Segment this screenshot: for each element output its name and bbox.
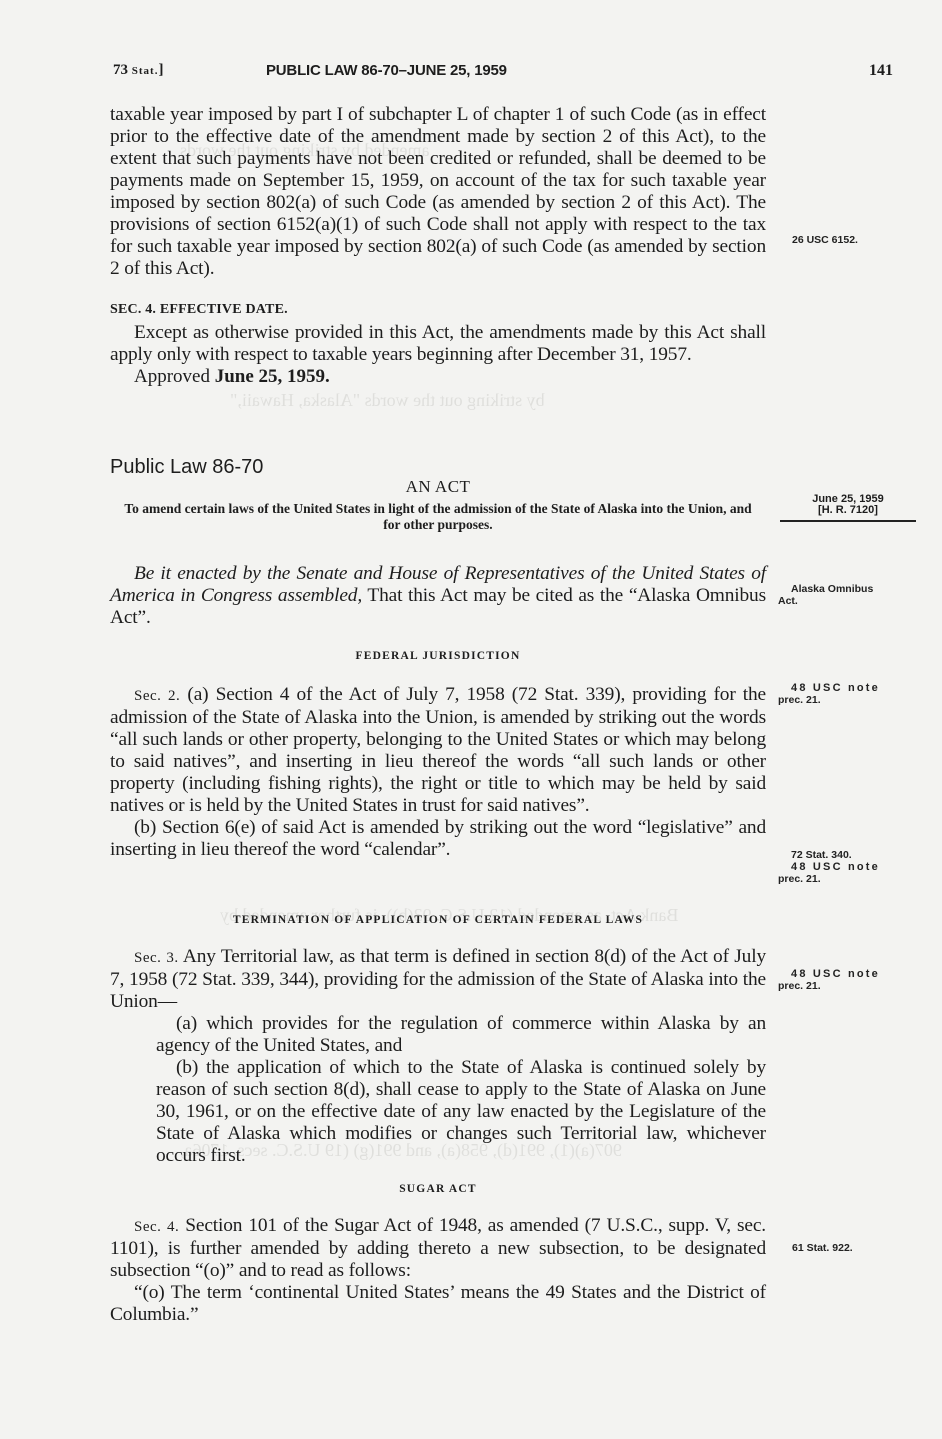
approval-line: Approved June 25, 1959.	[110, 366, 766, 388]
bill-number: [H. R. 7120]	[780, 505, 916, 516]
margin-note-48-usc: 48 USC note prec. 21.	[778, 682, 880, 706]
sec-4-quote: “(o) The term ‘continental United States…	[110, 1282, 766, 1326]
sec-4-paragraph: Sec. 4. Section 101 of the Sugar Act of …	[110, 1215, 766, 1282]
public-law-header: Public Law 86-70 AN ACT To amend certain…	[110, 456, 766, 533]
sec-2-paragraph-a: Sec. 2. (a) Section 4 of the Act of July…	[110, 684, 766, 817]
page-number: 141	[869, 62, 893, 80]
margin-note-72-stat: 72 Stat. 340. 48 USC note prec. 21.	[778, 849, 880, 885]
public-law-title: Public Law 86-70	[110, 456, 766, 479]
bleed-through-text: by striking out the words "Alaska, Hawai…	[230, 390, 545, 411]
margin-note-short-title: Alaska Omnibus Act.	[778, 583, 873, 607]
volume-reference: 73 Stat.]	[113, 62, 163, 79]
continuation-paragraph: taxable year imposed by part I of subcha…	[110, 104, 766, 280]
running-head: 73 Stat.] PUBLIC LAW 86-70–JUNE 25, 1959…	[113, 62, 893, 84]
termination-section: TERMINATION OF APPLICATION OF CERTAIN FE…	[110, 914, 766, 1167]
margin-note-26-usc: 26 USC 6152.	[792, 234, 858, 246]
running-head-title: PUBLIC LAW 86-70–JUNE 25, 1959	[266, 62, 507, 79]
effective-date-paragraph: Except as otherwise provided in this Act…	[110, 322, 766, 366]
margin-note-61-stat: 61 Stat. 922.	[792, 1242, 853, 1254]
federal-jurisdiction-section: FEDERAL JURISDICTION Sec. 2. (a) Section…	[110, 650, 766, 861]
act-heading: AN ACT	[110, 477, 766, 497]
act-purpose: To amend certain laws of the United Stat…	[110, 501, 766, 533]
sugar-act-section: SUGAR ACT Sec. 4. Section 101 of the Sug…	[110, 1183, 766, 1326]
bill-margin-note: June 25, 1959 [H. R. 7120]	[780, 494, 916, 522]
section-heading: SEC. 4. EFFECTIVE DATE.	[110, 302, 766, 318]
section-heading: TERMINATION OF APPLICATION OF CERTAIN FE…	[110, 914, 766, 926]
continuation-section: taxable year imposed by part I of subcha…	[110, 104, 766, 280]
section-heading: FEDERAL JURISDICTION	[110, 650, 766, 662]
effective-date-section: SEC. 4. EFFECTIVE DATE. Except as otherw…	[110, 302, 766, 388]
sec-3-intro: Sec. 3. Any Territorial law, as that ter…	[110, 946, 766, 1013]
sec-2-paragraph-b: (b) Section 6(e) of said Act is amended …	[110, 817, 766, 861]
enacting-paragraph: Be it enacted by the Senate and House of…	[110, 563, 766, 629]
enacting-clause: Be it enacted by the Senate and House of…	[110, 563, 766, 629]
sec-3-item-b: (b) the application of which to the Stat…	[110, 1057, 766, 1167]
sec-3-item-a: (a) which provides for the regulation of…	[110, 1013, 766, 1057]
section-heading: SUGAR ACT	[110, 1183, 766, 1195]
document-page: amended by striking out the words by str…	[0, 0, 942, 1439]
margin-note-48-usc-sec3: 48 USC note prec. 21.	[778, 968, 880, 992]
